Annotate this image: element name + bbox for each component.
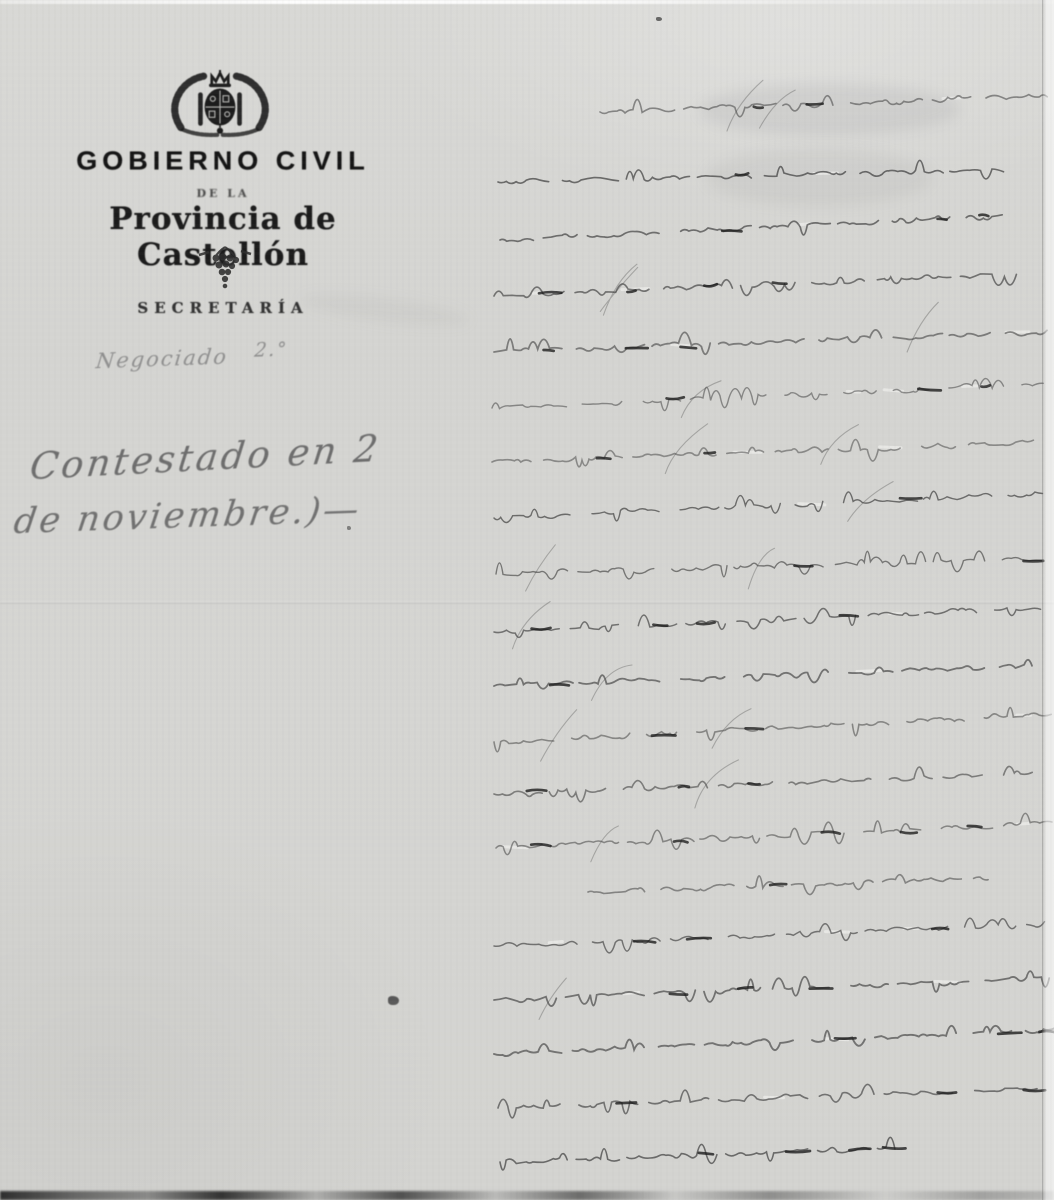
manuscript-line-stroke: [695, 760, 739, 808]
manuscript-line-stroke: [541, 709, 751, 761]
manuscript-line-stroke: [736, 173, 748, 175]
manuscript-line-stroke: [513, 602, 551, 649]
manuscript-line-stroke: [494, 660, 1032, 689]
manuscript-line-stroke: [544, 347, 697, 351]
manuscript-line-stroke: [494, 1026, 1054, 1056]
manuscript-line-stroke: [496, 551, 1041, 579]
manuscript-line-stroke: [494, 708, 1051, 752]
manuscript-line-stroke: [667, 385, 990, 399]
manuscript-line-stroke: [500, 1137, 895, 1170]
manuscript-line-stroke: [494, 330, 1047, 354]
manuscript-line-stroke: [498, 160, 1004, 183]
manuscript-line-stroke: [665, 424, 858, 474]
manuscript-line-stroke: [588, 875, 988, 895]
manuscript-handwriting: [0, 0, 1054, 1200]
manuscript-line-stroke: [770, 884, 786, 885]
manuscript-line-stroke: [795, 561, 1044, 566]
manuscript-line-stroke: [600, 95, 1047, 117]
manuscript-line-stroke: [494, 491, 1043, 522]
manuscript-line-stroke: [907, 302, 938, 352]
manuscript-line-stroke: [500, 215, 1002, 242]
manuscript-line-stroke: [699, 1147, 906, 1154]
manuscript-line-stroke: [494, 918, 1045, 953]
manuscript-line-stroke: [498, 1084, 1037, 1117]
manuscript-line-stroke: [681, 381, 721, 418]
manuscript-line-stroke: [492, 379, 1043, 411]
manuscript-line-stroke: [727, 80, 795, 131]
paper-edge-right: [1042, 0, 1054, 1200]
manuscript-line-stroke: [857, 670, 881, 671]
manuscript-line-stroke: [494, 766, 1032, 801]
manuscript-line-stroke: [492, 440, 1033, 467]
manuscript-line-stroke: [494, 971, 1049, 1006]
manuscript-line-stroke: [496, 813, 1052, 854]
manuscript-line-stroke: [550, 684, 569, 685]
scanned-letter-page: GOBIERNO CIVIL DE LA Provincia de Castel…: [0, 0, 1054, 1200]
manuscript-line-stroke: [494, 274, 1016, 297]
manuscript-line-stroke: [591, 826, 619, 862]
scan-edge-bottom: [0, 1191, 1054, 1200]
manuscript-line-stroke: [494, 608, 1041, 638]
manuscript-line-stroke: [526, 545, 775, 591]
